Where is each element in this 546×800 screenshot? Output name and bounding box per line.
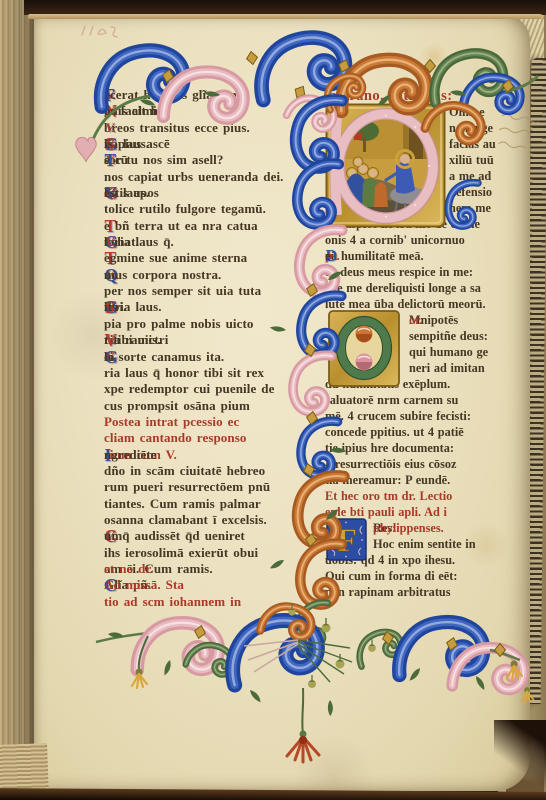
manuscript-text-line: cus prompsit osāna pium [104,398,324,414]
manuscript-text-line: a me ad [449,168,513,184]
manuscript-text-line: ria laus q̄ honor tibi sit rex [104,365,324,381]
manuscript-text-line: nem me [449,200,513,216]
manuscript-text-line: tolice rutilo fulgore tegamū. [104,201,324,217]
manuscript-text-line: facias au [449,136,513,152]
manuscript-text-line: Hoc enim sentite in [373,536,513,552]
manuscript-text-line: saluatorē nrm carnem su [325,392,513,408]
gold-initial-letter: F [337,523,357,559]
manuscript-text-line: laterano. Introitus: [325,88,513,104]
manuscript-text-line: Postea intrat pcessio ec [104,414,324,430]
page-top-edge [28,14,542,19]
gold-initial-F: F [326,518,367,561]
manuscript-text-line: Tegmine sue anime sterna [104,250,324,266]
manuscript-text-line: Res:phylippenses. [373,520,513,536]
book-fore-edge [0,0,38,794]
manuscript-text-line: breos transitus ecce pius.V. [104,120,324,136]
manuscript-text-line: V.Cumq̄ audissēt q̄d ueniret [104,528,324,544]
manuscript-photo: V.Fecerat hebreos glĩa sanguis almi.V.No… [0,0,546,800]
folio-inscription [78,22,126,40]
manuscript-text-line: tio ad scm iohannem in [104,594,324,610]
photo-corner-shadow [494,720,546,796]
manuscript-text-line: V.Glĩa laus.V.Vestis apos [104,185,324,201]
manuscript-text-line: nos capiat urbs ueneranda dei. [104,169,324,185]
manuscript-text-line: Omine [449,104,513,120]
manuscript-text-line: 4 resurrectiōis eius cōsoz [325,456,513,472]
book-cover-top [24,0,546,15]
manuscript-text-line: Glĩa pñ.CAd missā. Sta [104,577,324,593]
manuscript-text-line: pia pro palme nobis uicto [104,316,324,332]
manuscript-text-line: onis 4 a cornib' unicornuo [325,232,513,248]
manuscript-text-line: rum pueri resurrectōem pnū [104,479,324,495]
manuscript-text-line: xpe redemptor cui puenile de [104,381,324,397]
manuscript-text-line: ria ramis.V.Vt tibi uictri [104,332,324,348]
manuscript-text-line: concede ppitius. ut 4 patiē [325,424,513,440]
manuscript-text-line: rū humilitatē meā.ps.De [325,248,513,264]
manuscript-text-line: q̄re me dereliquisti longe a sa [325,280,513,296]
manuscript-text-line: tie ipius hre documenta: [325,440,513,456]
manuscript-text-line: Et hec oro tm dr. Lectio [325,488,513,504]
manuscript-text-line: sor tu nos sim asell?V.Te cū [104,152,324,168]
manuscript-text-line: uehat.V.Gloria laus q̄.V. [104,234,324,250]
left-text-column: V.Fecerat hebreos glĩa sanguis almi.V.No… [104,87,324,610]
manuscript-text-line: neri ad imitan [409,360,513,376]
manuscript-text-line: non rapinam arbitratus [325,584,513,600]
manuscript-text-line: xiliū tuū [449,152,513,168]
manuscript-text-line: defensio [449,184,513,200]
manuscript-text-line: mus corpora nostra.V.Quo [104,267,324,283]
manuscript-text-line: us deus meus respice in me: [325,264,513,280]
historiated-initial-D [325,103,446,228]
manuscript-text-line: cliam cantando responso [104,430,324,446]
manuscript-text-line: rium cum V.Ingrediēte [104,447,324,463]
manuscript-text-line: tiantes. Cum ramis palmar [104,496,324,512]
manuscript-text-line: am ei. Cum ramis.et nō dr. [104,561,324,577]
manuscript-text-line: Glĩa laus.V.Sis pius ascē [104,136,324,152]
manuscript-text-line: mē. 4 crucem subire fecisti: [325,408,513,424]
manuscript-text-line: V.Fecerat hebreos glĩa san [104,87,324,103]
manuscript-text-line: dño in scām ciuitatē hebreo [104,463,324,479]
manuscript-text-line: osanna clamabant ī excelsis. [104,512,324,528]
manuscript-text-line: guis almi.V.Nos facit he [104,103,324,119]
manuscript-text-line: ne longe [449,120,513,136]
manuscript-text-line: per nos semper sit uia tuta [104,283,324,299]
manuscript-text-line: Te bñ terra ut ea nra catua [104,218,324,234]
manuscript-text-line: tibi.V.Gloria laus.V.Sit [104,299,324,315]
manuscript-text-line: qui humano ge [409,344,513,360]
manuscript-text-line: sempitñe deus: [409,328,513,344]
decorated-initial-O [328,310,400,387]
manuscript-text-line: ci sorte canamus ita.V.Glo [104,349,324,365]
manuscript-text-line: Qui cum in forma di eēt: [325,568,513,584]
manuscript-text-line: tia mereamur: P eundē. [325,472,513,488]
manuscript-text-line: Mnipotēsor. [409,312,513,328]
manuscript-text-line: ihs ierosolimā exierūt obui [104,545,324,561]
